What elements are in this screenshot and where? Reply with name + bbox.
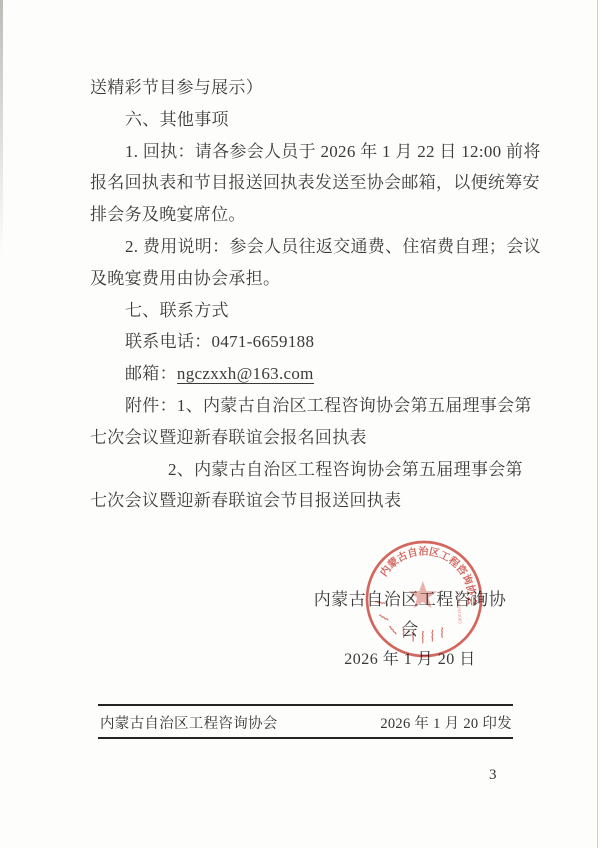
- body-line: 送精彩节目参与展示）: [90, 72, 520, 104]
- footer-issue-date: 2026 年 1 月 20 印发: [380, 712, 512, 733]
- body-line: 2. 费用说明：参会人员往返交通费、住宿费自理；会议: [90, 231, 520, 263]
- signature-block: 内蒙古自治区工程咨询协会 2026 年 1 月 20 日: [310, 585, 510, 675]
- footer: 内蒙古自治区工程咨询协会 2026 年 1 月 20 印发: [100, 709, 512, 735]
- footer-rule-bottom: [98, 737, 513, 739]
- attachment-line: 七次会议暨迎新春联谊会报名回执表: [90, 422, 520, 454]
- attachment-line: 2、内蒙古自治区工程咨询协会第五届理事会第: [90, 454, 520, 486]
- email-address: ngczxxh@163.com: [177, 364, 314, 384]
- footer-org: 内蒙古自治区工程咨询协会: [100, 712, 278, 733]
- document-page: 送精彩节目参与展示） 六、其他事项 1. 回执：请各参会人员于 2026 年 1…: [0, 0, 600, 848]
- document-body: 送精彩节目参与展示） 六、其他事项 1. 回执：请各参会人员于 2026 年 1…: [90, 72, 520, 517]
- page-number: 3: [489, 767, 497, 784]
- signature-date: 2026 年 1 月 20 日: [310, 645, 510, 675]
- body-line: 排会务及晚宴席位。: [90, 199, 520, 231]
- email-line: 邮箱：ngczxxh@163.com: [90, 358, 520, 390]
- body-line: 1. 回执：请各参会人员于 2026 年 1 月 22 日 12:00 前将: [90, 136, 520, 168]
- footer-rule-top: [98, 704, 513, 706]
- phone-line: 联系电话：0471-6659188: [90, 326, 520, 358]
- attachment-line: 附件：1、内蒙古自治区工程咨询协会第五届理事会第: [90, 390, 520, 422]
- attachment-line: 七次会议暨迎新春联谊会节目报送回执表: [90, 485, 520, 517]
- scan-edge-left: [0, 0, 3, 300]
- section-heading: 七、联系方式: [90, 295, 520, 327]
- email-label: 邮箱：: [125, 364, 177, 383]
- body-line: 及晚宴费用由协会承担。: [90, 263, 520, 295]
- body-line: 报名回执表和节目报送回执表发送至协会邮箱，以便统筹安: [90, 167, 520, 199]
- signature-org: 内蒙古自治区工程咨询协会: [310, 585, 510, 645]
- scan-edge-right: [597, 0, 599, 848]
- section-heading: 六、其他事项: [90, 104, 520, 136]
